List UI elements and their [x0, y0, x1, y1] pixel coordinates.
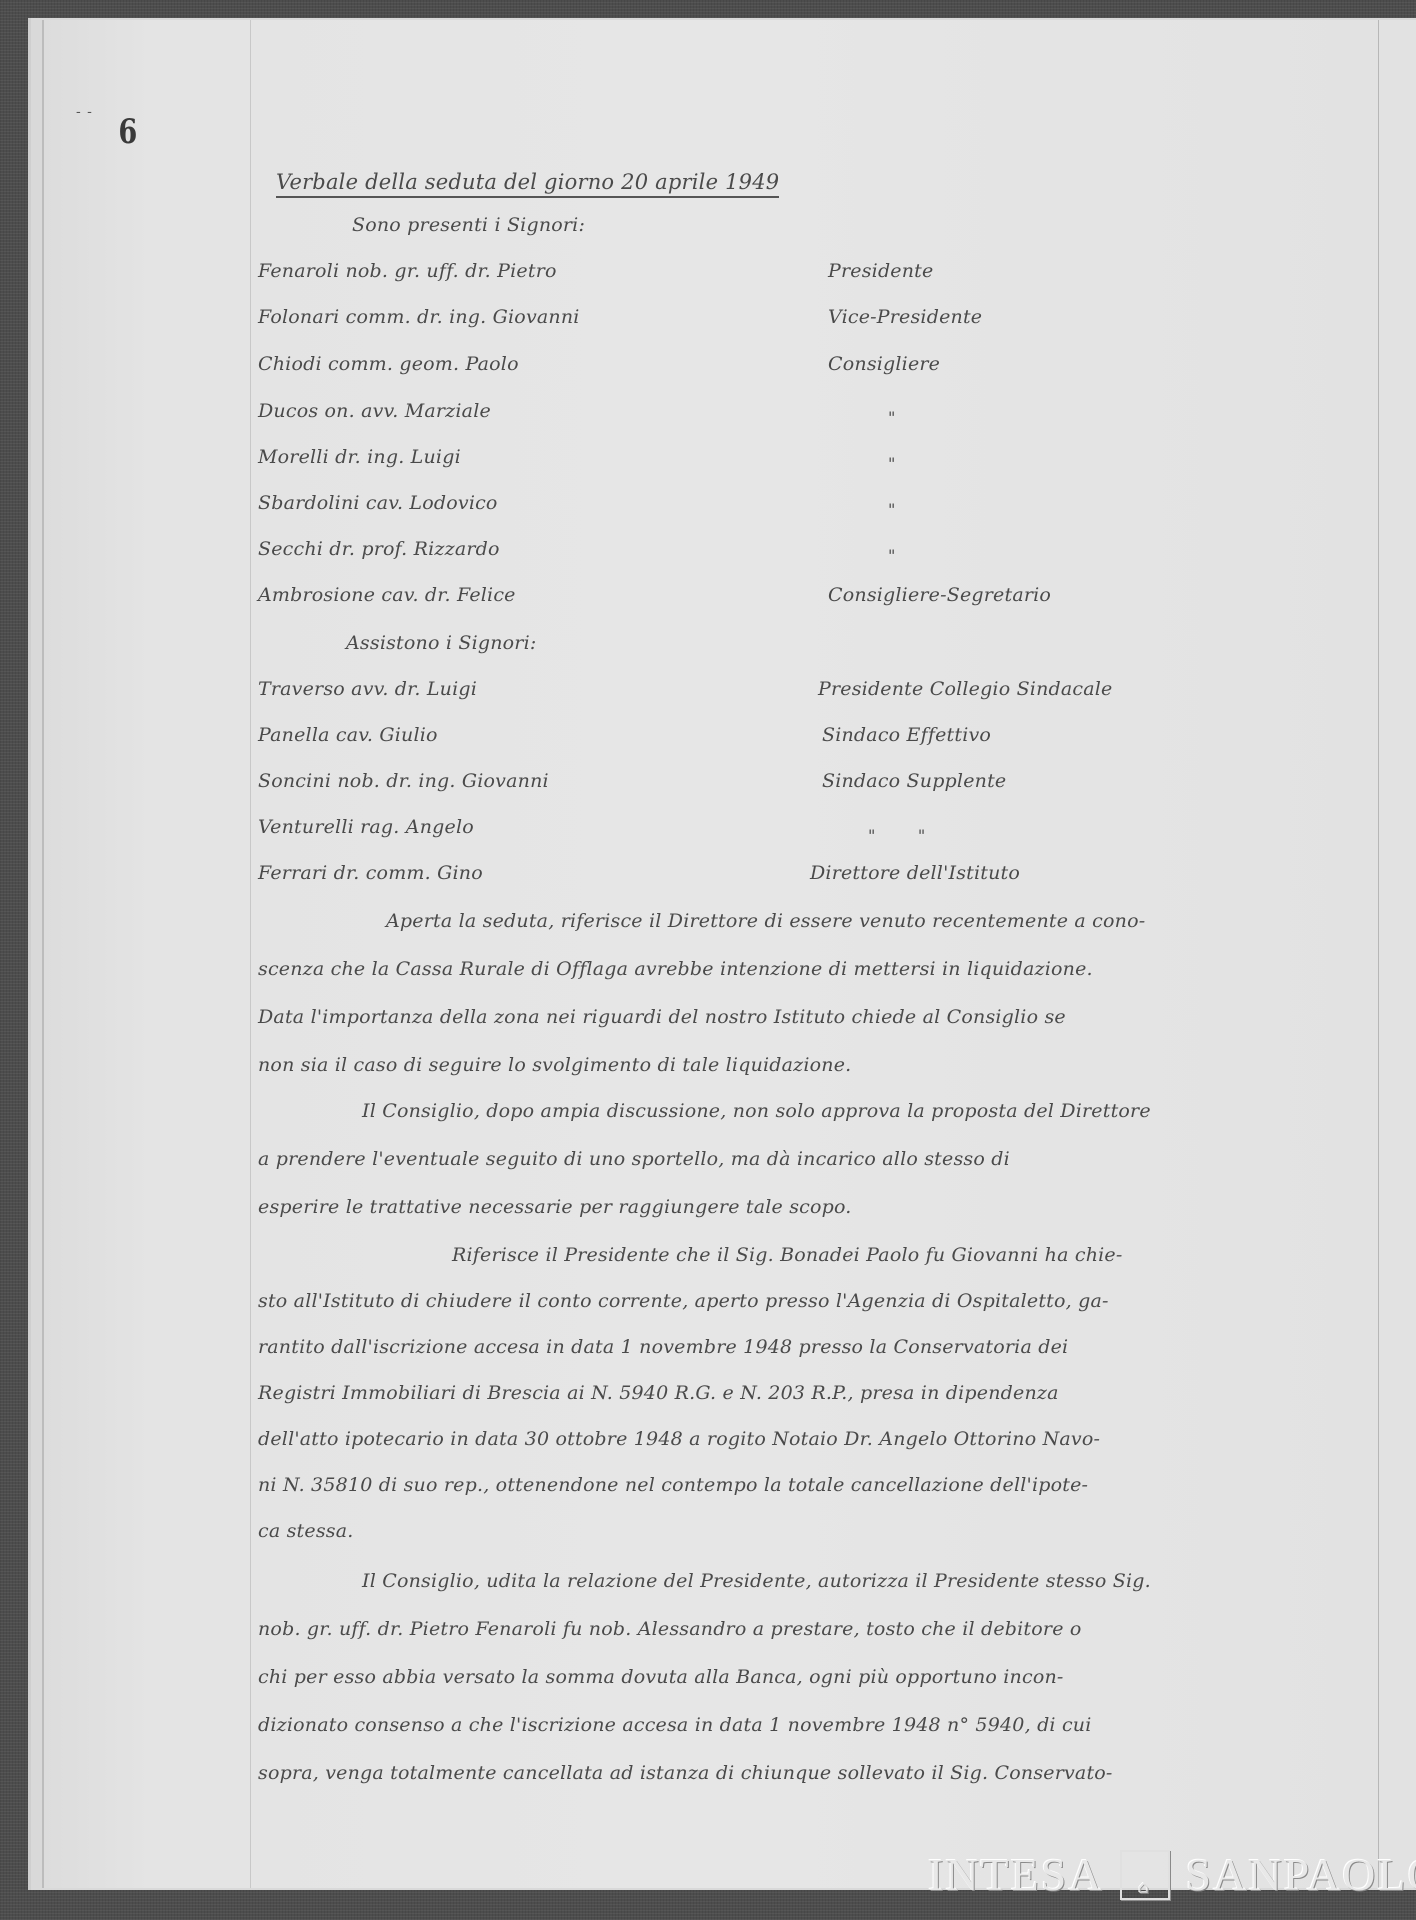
present-role: Consigliere-Segretario [828, 584, 1051, 606]
ditto-mark: " [888, 500, 896, 519]
present-name: Ambrosione cav. dr. Felice [258, 584, 516, 606]
present-name: Ducos on. avv. Marziale [258, 400, 491, 422]
paragraph-line: Registri Immobiliari di Brescia ai N. 59… [258, 1382, 1059, 1404]
assisting-role: Sindaco Effettivo [822, 724, 991, 746]
ditto-mark: " [888, 454, 896, 473]
ledger-page [42, 20, 1416, 1888]
paragraph-line: Il Consiglio, udita la relazione del Pre… [362, 1570, 1151, 1592]
assisting-name: Ferrari dr. comm. Gino [258, 862, 483, 884]
paragraph-line: Riferisce il Presidente che il Sig. Bona… [452, 1244, 1123, 1266]
paragraph-line: esperire le trattative necessarie per ra… [258, 1196, 852, 1218]
assisting-name: Panella cav. Giulio [258, 724, 438, 746]
ditto-mark: " [888, 546, 896, 565]
paragraph-line: sopra, venga totalmente cancellata ad is… [258, 1762, 1113, 1784]
paragraph-line: dell'atto ipotecario in data 30 ottobre … [258, 1428, 1100, 1450]
assisting-role: Sindaco Supplente [822, 770, 1006, 792]
assisting-name: Traverso avv. dr. Luigi [258, 678, 477, 700]
assisting-heading: Assistono i Signori: [346, 632, 536, 654]
assisting-role: Presidente Collegio Sindacale [818, 678, 1113, 700]
ditto-mark: " [888, 408, 896, 427]
present-name: Fenaroli nob. gr. uff. dr. Pietro [258, 260, 557, 282]
present-name: Morelli dr. ing. Luigi [258, 446, 461, 468]
paragraph-line: chi per esso abbia versato la somma dovu… [258, 1666, 1064, 1688]
arch-building-icon: ⌂ [1120, 1850, 1170, 1900]
left-margin-rule [250, 20, 251, 1888]
paragraph-line: Data l'importanza della zona nei riguard… [258, 1006, 1066, 1028]
paragraph-line: rantito dall'iscrizione accesa in data 1… [258, 1336, 1068, 1358]
assisting-role: Direttore dell'Istituto [810, 862, 1020, 884]
present-name: Secchi dr. prof. Rizzardo [258, 538, 500, 560]
page-mark: - - [76, 104, 93, 120]
ditto-mark: " " [868, 826, 925, 845]
paragraph-line: scenza che la Cassa Rurale di Offlaga av… [258, 958, 1093, 980]
watermark-left: INTESA [928, 1848, 1104, 1901]
page-number: 6 [118, 112, 137, 152]
present-role: Vice-Presidente [828, 306, 982, 328]
present-role: Presidente [828, 260, 933, 282]
minutes-title: Verbale della seduta del giorno 20 april… [276, 170, 779, 198]
present-name: Sbardolini cav. Lodovico [258, 492, 498, 514]
intesa-sanpaolo-watermark: INTESA ⌂ SANPAOLO [928, 1848, 1416, 1901]
assisting-name: Soncini nob. dr. ing. Giovanni [258, 770, 549, 792]
present-name: Chiodi comm. geom. Paolo [258, 353, 519, 375]
assisting-name: Venturelli rag. Angelo [258, 816, 474, 838]
present-role: Consigliere [828, 353, 940, 375]
present-heading: Sono presenti i Signori: [352, 214, 585, 236]
paragraph-line: sto all'Istituto di chiudere il conto co… [258, 1290, 1109, 1312]
paragraph-line: ca stessa. [258, 1520, 354, 1542]
paragraph-line: a prendere l'eventuale seguito di uno sp… [258, 1148, 1010, 1170]
present-name: Folonari comm. dr. ing. Giovanni [258, 306, 580, 328]
paragraph-line: non sia il caso di seguire lo svolgiment… [258, 1054, 851, 1076]
paragraph-line: ni N. 35810 di suo rep., ottenendone nel… [258, 1474, 1088, 1496]
paragraph-line: dizionato consenso a che l'iscrizione ac… [258, 1714, 1092, 1736]
paragraph-line: Aperta la seduta, riferisce il Direttore… [386, 910, 1145, 932]
paragraph-line: nob. gr. uff. dr. Pietro Fenaroli fu nob… [258, 1618, 1082, 1640]
paragraph-line: Il Consiglio, dopo ampia discussione, no… [362, 1100, 1151, 1122]
watermark-right: SANPAOLO [1186, 1848, 1416, 1901]
right-margin-rule [1378, 20, 1379, 1888]
